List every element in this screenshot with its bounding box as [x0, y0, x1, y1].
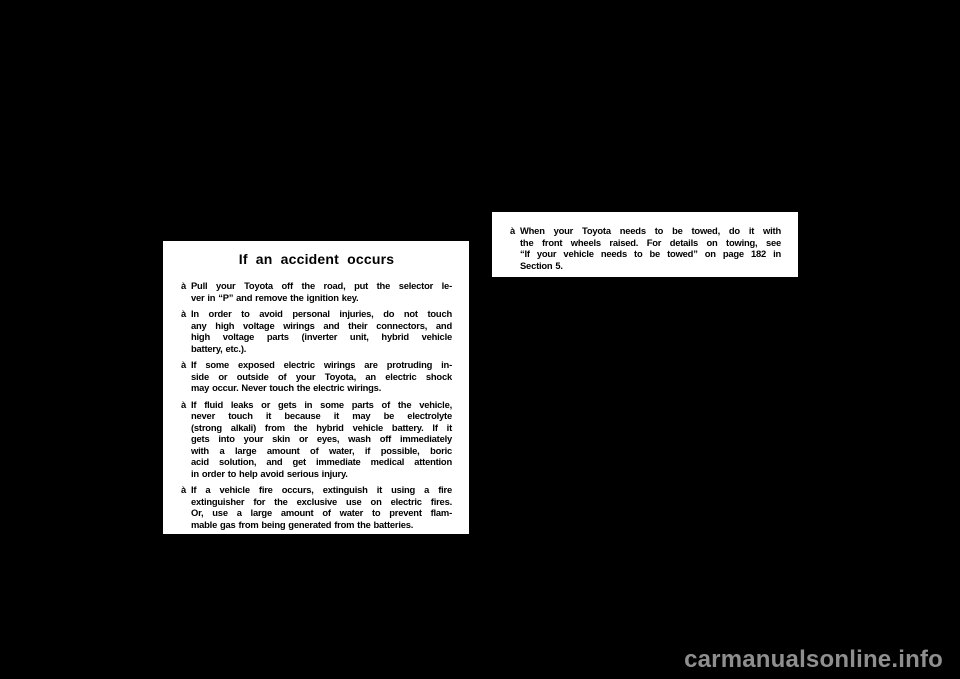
bullet-text: When your Toyota needs to be towed, do i…: [520, 225, 781, 271]
text-line: If some exposed electric wirings are pro…: [191, 359, 452, 371]
bullet-item: àWhen your Toyota needs to be towed, do …: [510, 225, 781, 271]
text-line: may occur. Never touch the electric wiri…: [191, 382, 452, 394]
text-line: any high voltage wirings and their conne…: [191, 320, 452, 332]
text-line: Pull your Toyota off the road, put the s…: [191, 280, 452, 292]
text-line: Or, use a large amount of water to preve…: [191, 507, 452, 519]
text-line: When your Toyota needs to be towed, do i…: [520, 225, 781, 237]
towing-bullet-list: àWhen your Toyota needs to be towed, do …: [510, 225, 781, 271]
text-line: (strong alkali) from the hybrid vehicle …: [191, 422, 452, 434]
text-line: mable gas from being generated from the …: [191, 519, 452, 531]
bullet-marker-icon: à: [181, 359, 191, 371]
text-line: In order to avoid personal injuries, do …: [191, 308, 452, 320]
bullet-item: àIn order to avoid personal injuries, do…: [181, 308, 452, 354]
text-line: “If your vehicle needs to be towed” on p…: [520, 248, 781, 260]
bullet-marker-icon: à: [181, 484, 191, 496]
text-line: ver in “P” and remove the ignition key.: [191, 292, 452, 304]
accident-box-title: If an accident occurs: [181, 251, 452, 267]
bullet-item: àPull your Toyota off the road, put the …: [181, 280, 452, 303]
bullet-marker-icon: à: [181, 308, 191, 320]
text-line: with a large amount of water, if possibl…: [191, 445, 452, 457]
text-line: side or outside of your Toyota, an elect…: [191, 371, 452, 383]
bullet-text: Pull your Toyota off the road, put the s…: [191, 280, 452, 303]
bullet-text: If a vehicle fire occurs, extinguish it …: [191, 484, 452, 530]
bullet-item: àIf a vehicle fire occurs, extinguish it…: [181, 484, 452, 530]
text-line: battery, etc.).: [191, 343, 452, 355]
text-line: high voltage parts (inverter unit, hybri…: [191, 331, 452, 343]
text-line: If a vehicle fire occurs, extinguish it …: [191, 484, 452, 496]
bullet-item: àIf fluid leaks or gets in some parts of…: [181, 399, 452, 480]
bullet-text: If fluid leaks or gets in some parts of …: [191, 399, 452, 480]
bullet-text: In order to avoid personal injuries, do …: [191, 308, 452, 354]
text-line: Section 5.: [520, 260, 781, 272]
accident-bullet-list: àPull your Toyota off the road, put the …: [181, 280, 452, 530]
text-line: If fluid leaks or gets in some parts of …: [191, 399, 452, 411]
text-line: never touch it because it may be electro…: [191, 410, 452, 422]
text-line: in order to help avoid serious injury.: [191, 468, 452, 480]
accident-warning-box: If an accident occurs àPull your Toyota …: [163, 241, 469, 534]
manual-page: If an accident occurs àPull your Toyota …: [0, 0, 960, 679]
text-line: gets into your skin or eyes, wash off im…: [191, 433, 452, 445]
watermark-text: carmanualsonline.info: [684, 646, 943, 674]
bullet-item: àIf some exposed electric wirings are pr…: [181, 359, 452, 394]
text-line: extinguisher for the exclusive use on el…: [191, 496, 452, 508]
text-line: the front wheels raised. For details on …: [520, 237, 781, 249]
towing-note-box: àWhen your Toyota needs to be towed, do …: [492, 212, 798, 277]
bullet-text: If some exposed electric wirings are pro…: [191, 359, 452, 394]
bullet-marker-icon: à: [510, 225, 520, 237]
bullet-marker-icon: à: [181, 399, 191, 411]
text-line: acid solution, and get immediate medical…: [191, 456, 452, 468]
bullet-marker-icon: à: [181, 280, 191, 292]
